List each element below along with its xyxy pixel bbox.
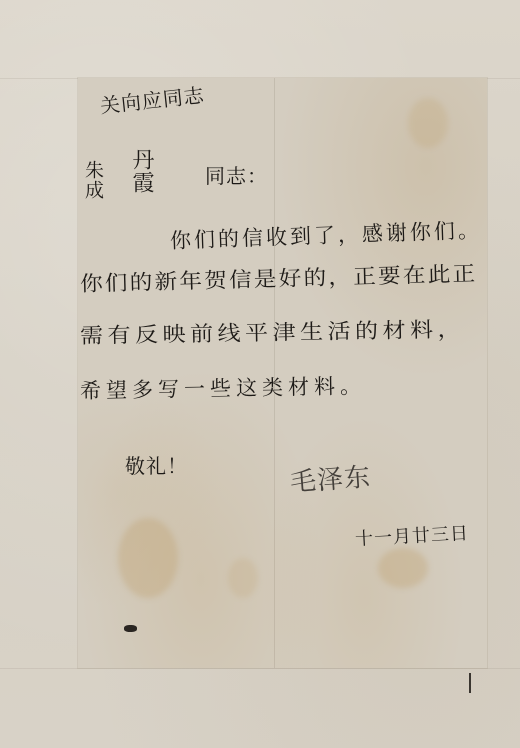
recipient-line-2b: 丹霞 [126,148,157,194]
ink-blot [124,625,137,632]
closing-salute: 敬礼！ [125,450,188,479]
water-stain [378,548,428,588]
water-stain [118,518,178,598]
letter-body-line-4: 希望多写一些这类材料。 [80,370,366,405]
signature: 毛泽东 [289,456,372,499]
recipient-line-2a: 朱成 [80,160,107,200]
water-stain [228,558,258,598]
salutation-honorific: 同志： [205,160,268,189]
water-stain [408,98,448,148]
mount-seam-bottom [0,668,520,669]
pencil-mark [469,673,471,693]
